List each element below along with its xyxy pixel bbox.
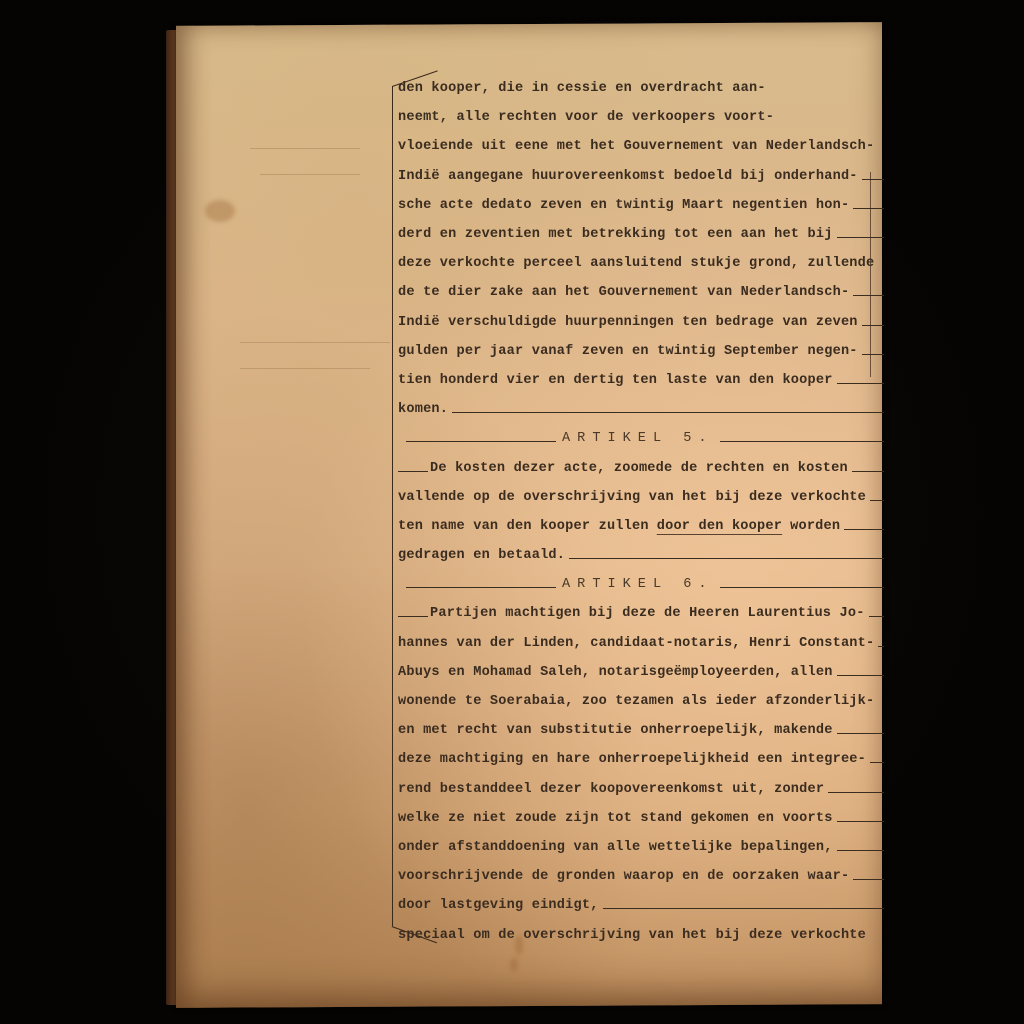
line-text: vloeiende uit eene met het Gouvernement …: [398, 139, 874, 154]
typed-text-body: den kooper, die in cessie en overdracht …: [398, 74, 884, 950]
article-heading: ARTIKEL 6.: [398, 570, 884, 599]
heading-rule-left: [406, 587, 556, 588]
line-text: Partijen machtigen bij deze de Heeren La…: [430, 606, 865, 621]
filler-line: [862, 354, 884, 355]
text-line: Indië aangegane huurovereenkomst bedoeld…: [398, 162, 884, 191]
text-line: den kooper, die in cessie en overdracht …: [398, 74, 884, 103]
filler-line: [878, 646, 884, 647]
photo-stage: den kooper, die in cessie en overdracht …: [0, 0, 1024, 1024]
show-through-line: [260, 174, 360, 175]
filler-line: [862, 325, 884, 326]
filler-line: [837, 237, 884, 238]
text-line: de te dier zake aan het Gouvernement van…: [398, 278, 884, 307]
text-line: gulden per jaar vanaf zeven en twintig S…: [398, 337, 884, 366]
line-text: onder afstanddoening van alle wettelijke…: [398, 840, 833, 855]
line-text: Indië verschuldigde huurpenningen ten be…: [398, 315, 858, 330]
show-through-line: [240, 368, 370, 369]
line-text: rend bestanddeel dezer koopovereenkomst …: [398, 782, 824, 797]
line-text: worden: [790, 519, 840, 534]
line-text: komen.: [398, 402, 448, 417]
text-line: vallende op de overschrijving van het bi…: [398, 483, 884, 512]
line-text: en met recht van substitutie onherroepel…: [398, 723, 833, 738]
text-line: door lastgeving eindigt,: [398, 891, 884, 920]
line-text: hannes van der Linden, candidaat-notaris…: [398, 636, 874, 651]
filler-line: [837, 383, 884, 384]
text-line: derd en zeventien met betrekking tot een…: [398, 220, 884, 249]
text-line: vloeiende uit eene met het Gouvernement …: [398, 132, 884, 161]
heading-rule-right: [720, 441, 884, 442]
text-line: tien honderd vier en dertig ten laste va…: [398, 366, 884, 395]
line-text: Indië aangegane huurovereenkomst bedoeld…: [398, 169, 858, 184]
text-line: komen.: [398, 395, 884, 424]
heading-rule-left: [406, 441, 556, 442]
filler-line: [862, 179, 884, 180]
underlined-text: door den kooper: [657, 519, 782, 534]
filler-line: [853, 295, 884, 296]
text-line: gedragen en betaald.: [398, 541, 884, 570]
filler-line: [837, 675, 884, 676]
line-text: voorschrijvende de gronden waarop en de …: [398, 869, 849, 884]
text-line: hannes van der Linden, candidaat-notaris…: [398, 629, 884, 658]
text-line: voorschrijvende de gronden waarop en de …: [398, 862, 884, 891]
filler-line: [837, 850, 884, 851]
heading-text: ARTIKEL 5.: [562, 431, 714, 446]
filler-line: [569, 558, 884, 559]
line-text: wonende te Soerabaia, zoo tezamen als ie…: [398, 694, 874, 709]
filler-line: [603, 908, 884, 909]
show-through-line: [240, 342, 390, 343]
leader-dash: [398, 471, 428, 472]
text-line: Indië verschuldigde huurpenningen ten be…: [398, 308, 884, 337]
line-text: vallende op de overschrijving van het bi…: [398, 490, 866, 505]
text-line: deze machtiging en hare onherroepelijkhe…: [398, 745, 884, 774]
text-line: deze verkochte perceel aansluitend stukj…: [398, 249, 884, 278]
line-text: gulden per jaar vanaf zeven en twintig S…: [398, 344, 858, 359]
line-text: ten name van den kooper zullen: [398, 519, 649, 534]
line-text: neemt, alle rechten voor de verkoopers v…: [398, 110, 774, 125]
text-line: ten name van den kooper zullen door den …: [398, 512, 884, 541]
text-line: wonende te Soerabaia, zoo tezamen als ie…: [398, 687, 884, 716]
text-line: Abuys en Mohamad Saleh, notarisgeëmploye…: [398, 658, 884, 687]
line-text: gedragen en betaald.: [398, 548, 565, 563]
line-text: sche acte dedato zeven en twintig Maart …: [398, 198, 849, 213]
filler-line: [870, 762, 884, 763]
filler-line: [870, 500, 884, 501]
text-line: speciaal om de overschrijving van het bi…: [398, 920, 884, 949]
article-heading: ARTIKEL 5.: [398, 424, 884, 453]
line-text: den kooper, die in cessie en overdracht …: [398, 81, 766, 96]
line-text: Abuys en Mohamad Saleh, notarisgeëmploye…: [398, 665, 833, 680]
filler-line: [844, 529, 884, 530]
filler-line: [837, 821, 884, 822]
filler-line: [452, 412, 884, 413]
heading-text: ARTIKEL 6.: [562, 577, 714, 592]
heading-rule-right: [720, 587, 884, 588]
line-text: tien honderd vier en dertig ten laste va…: [398, 373, 833, 388]
filler-line: [853, 208, 884, 209]
margin-bracket: [392, 86, 393, 926]
line-text: welke ze niet zoude zijn tot stand gekom…: [398, 811, 833, 826]
line-text: deze verkochte perceel aansluitend stukj…: [398, 256, 874, 271]
text-line: Partijen machtigen bij deze de Heeren La…: [398, 599, 884, 628]
filler-line: [828, 792, 884, 793]
filler-line: [852, 471, 884, 472]
filler-line: [837, 733, 884, 734]
text-line: en met recht van substitutie onherroepel…: [398, 716, 884, 745]
text-line: neemt, alle rechten voor de verkoopers v…: [398, 103, 884, 132]
text-line: rend bestanddeel dezer koopovereenkomst …: [398, 775, 884, 804]
line-text: derd en zeventien met betrekking tot een…: [398, 227, 833, 242]
line-text: deze machtiging en hare onherroepelijkhe…: [398, 752, 866, 767]
line-text: speciaal om de overschrijving van het bi…: [398, 928, 866, 943]
paper-stain: [205, 200, 235, 222]
text-line: De kosten dezer acte, zoomede de rechten…: [398, 453, 884, 482]
show-through-line: [250, 148, 360, 149]
text-line: welke ze niet zoude zijn tot stand gekom…: [398, 804, 884, 833]
line-text: door lastgeving eindigt,: [398, 898, 599, 913]
text-line: onder afstanddoening van alle wettelijke…: [398, 833, 884, 862]
text-line: sche acte dedato zeven en twintig Maart …: [398, 191, 884, 220]
leader-dash: [398, 616, 428, 617]
line-text: de te dier zake aan het Gouvernement van…: [398, 285, 849, 300]
line-text: De kosten dezer acte, zoomede de rechten…: [430, 461, 848, 476]
filler-line: [869, 616, 884, 617]
paper-stain: [510, 958, 518, 972]
filler-line: [853, 879, 884, 880]
